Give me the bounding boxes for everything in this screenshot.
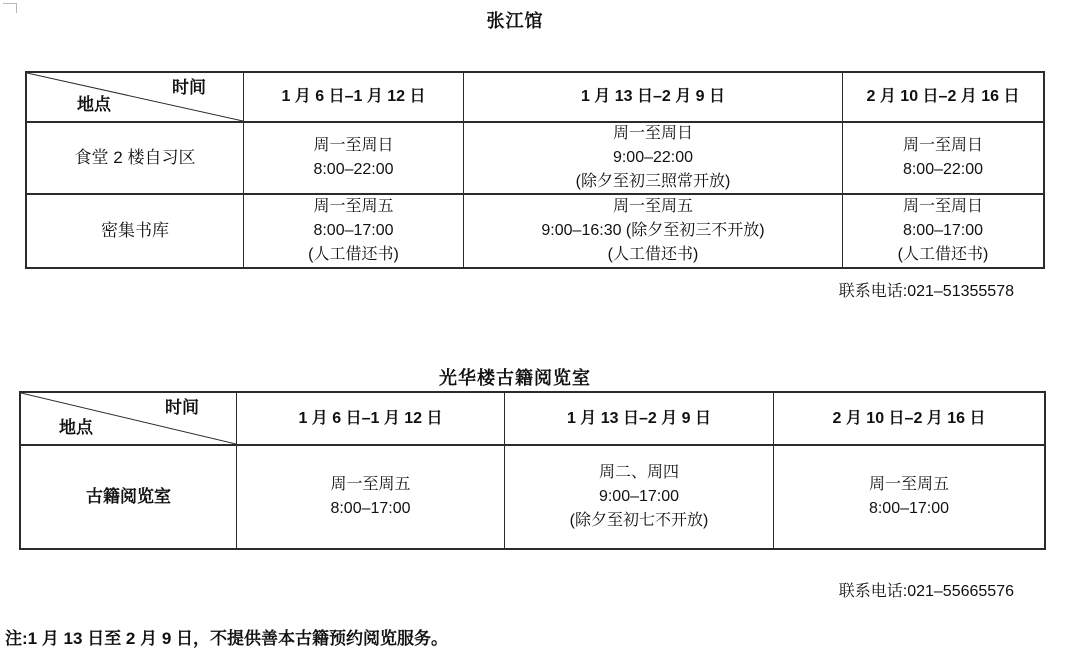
contact-phone-rare-books: 联系电话:021–55665576 [839, 578, 1014, 601]
corner-header-cell: 时间 地点 [21, 393, 236, 444]
footnote-note: 注:1 月 13 日至 2 月 9 日，不提供善本古籍预约阅览服务。 [5, 624, 448, 649]
schedule-cell: 周二、周四 9:00–17:00 (除夕至初七不开放) [504, 444, 773, 548]
column-header-period-1: 1 月 6 日–1 月 12 日 [236, 393, 504, 444]
corner-label-time: 时间 [172, 76, 206, 100]
schedule-cell: 周一至周日 8:00–17:00 (人工借还书) [842, 193, 1043, 267]
location-cell-compact-stacks: 密集书库 [27, 193, 243, 267]
schedule-cell: 周一至周日 8:00–22:00 [243, 121, 463, 193]
diagonal-divider-line [27, 73, 243, 121]
schedule-cell: 周一至周五 8:00–17:00 [236, 444, 504, 548]
schedule-cell: 周一至周五 8:00–17:00 (人工借还书) [243, 193, 463, 267]
diagonal-divider-line [21, 393, 236, 444]
corner-label-time: 时间 [165, 396, 199, 420]
column-header-period-3: 2 月 10 日–2 月 16 日 [842, 73, 1043, 121]
contact-phone-zhangjiang: 联系电话:021–51355578 [839, 278, 1014, 301]
schedule-cell: 周一至周日 9:00–22:00 (除夕至初三照常开放) [463, 121, 842, 193]
column-header-period-2: 1 月 13 日–2 月 9 日 [504, 393, 773, 444]
corner-label-place: 地点 [77, 93, 111, 117]
corner-label-place: 地点 [59, 416, 93, 440]
schedule-table-rare-books: 时间 地点 1 月 6 日–1 月 12 日 1 月 13 日–2 月 9 日 … [19, 391, 1046, 550]
schedule-table-zhangjiang: 时间 地点 1 月 6 日–1 月 12 日 1 月 13 日–2 月 9 日 … [25, 71, 1045, 269]
location-cell-canteen-study-area: 食堂 2 楼自习区 [27, 121, 243, 193]
column-header-period-3: 2 月 10 日–2 月 16 日 [773, 393, 1044, 444]
section-title-zhangjiang: 张江馆 [0, 7, 1030, 33]
location-cell-rare-books-reading-room: 古籍阅览室 [21, 444, 236, 548]
column-header-period-1: 1 月 6 日–1 月 12 日 [243, 73, 463, 121]
schedule-cell: 周一至周五 9:00–16:30 (除夕至初三不开放) (人工借还书) [463, 193, 842, 267]
schedule-cell: 周一至周五 8:00–17:00 [773, 444, 1044, 548]
corner-header-cell: 时间 地点 [27, 73, 243, 121]
schedule-cell: 周一至周日 8:00–22:00 [842, 121, 1043, 193]
column-header-period-2: 1 月 13 日–2 月 9 日 [463, 73, 842, 121]
section-title-guanghua-rare-books: 光华楼古籍阅览室 [0, 364, 1030, 390]
